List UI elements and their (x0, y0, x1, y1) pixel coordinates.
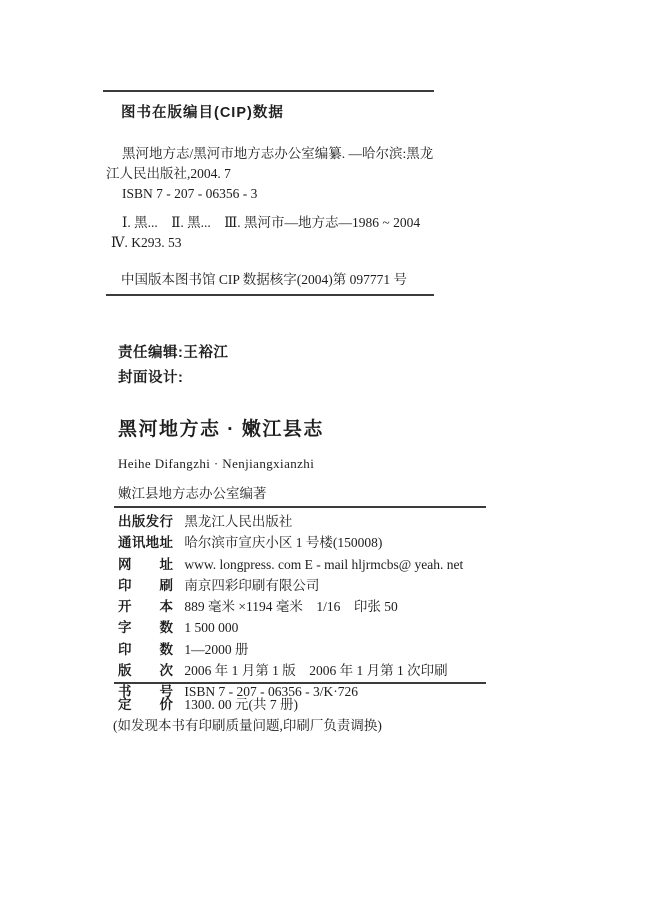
print-quality-note: (如发现本书有印刷质量问题,印刷厂负责调换) (113, 715, 382, 736)
publication-value: www. longpress. com E - mail hljrmcbs@ y… (184, 557, 463, 572)
table-row: 出版发行 黑龙江人民出版社 (118, 511, 463, 532)
publication-table: 出版发行 黑龙江人民出版社 通讯地址 哈尔滨市宣庆小区 1 号楼(150008)… (118, 511, 463, 703)
cover-design-line: 封面设计: (118, 366, 228, 391)
credits-block: 责任编辑:王裕江 封面设计: (118, 341, 228, 391)
table-row: 版次 2006 年 1 月第 1 版 2006 年 1 月第 1 次印刷 (118, 660, 463, 681)
cip-isbn-line: ISBN 7 - 207 - 06356 - 3 (106, 184, 456, 204)
price-block: 定价 1300. 00 元(共 7 册) (如发现本书有印刷质量问题,印刷厂负责… (118, 694, 382, 736)
publication-label: 印数 (118, 639, 173, 660)
publication-value: 哈尔滨市宣庆小区 1 号楼(150008) (184, 535, 382, 550)
responsible-editor-line: 责任编辑:王裕江 (118, 341, 228, 366)
cip-bottom-rule (106, 294, 434, 296)
publication-label: 通讯地址 (118, 532, 173, 553)
book-author: 嫩江县地方志办公室编著 (118, 482, 267, 502)
cip-record: 黑河地方志/黑河市地方志办公室编纂. —哈尔滨:黑龙 江人民出版社,2004. … (106, 144, 456, 204)
cip-record-line-1: 黑河地方志/黑河市地方志办公室编纂. —哈尔滨:黑龙 (106, 144, 456, 164)
publication-value: 1—2000 册 (184, 642, 248, 657)
price-label: 定价 (118, 694, 173, 715)
top-rule (103, 90, 434, 92)
table-row: 印数 1—2000 册 (118, 639, 463, 660)
publication-value: 黑龙江人民出版社 (184, 514, 292, 529)
publication-label: 字数 (118, 617, 173, 638)
price-row: 定价 1300. 00 元(共 7 册) (118, 694, 382, 715)
publication-top-rule (114, 506, 486, 508)
publication-value: 889 毫米 ×1194 毫米 1/16 印张 50 (184, 599, 397, 614)
book-title: 黑河地方志 · 嫩江县志 (118, 414, 324, 441)
book-title-pinyin: Heihe Difangzhi · Nenjiangxianzhi (118, 456, 314, 472)
table-row: 印刷 南京四彩印刷有限公司 (118, 575, 463, 596)
price-value: 1300. 00 元(共 7 册) (184, 697, 298, 712)
book-copyright-page: 图书在版编目(CIP)数据 黑河地方志/黑河市地方志办公室编纂. —哈尔滨:黑龙… (0, 0, 660, 897)
table-row: 开本 889 毫米 ×1194 毫米 1/16 印张 50 (118, 596, 463, 617)
price-top-rule (114, 682, 486, 684)
publication-label: 网址 (118, 554, 173, 575)
table-row: 字数 1 500 000 (118, 617, 463, 638)
cip-class-line-2: Ⅳ. K293. 53 (106, 233, 476, 253)
cip-class-line-1: Ⅰ. 黑... Ⅱ. 黑... Ⅲ. 黑河市—地方志—1986 ~ 2004 (106, 213, 476, 233)
cip-heading: 图书在版编目(CIP)数据 (121, 101, 284, 122)
table-row: 网址 www. longpress. com E - mail hljrmcbs… (118, 554, 463, 575)
publication-label: 开本 (118, 596, 173, 617)
table-row: 通讯地址 哈尔滨市宣庆小区 1 号楼(150008) (118, 532, 463, 553)
publication-value: 南京四彩印刷有限公司 (184, 578, 319, 593)
cip-classification: Ⅰ. 黑... Ⅱ. 黑... Ⅲ. 黑河市—地方志—1986 ~ 2004 Ⅳ… (106, 213, 476, 253)
publication-label: 印刷 (118, 575, 173, 596)
publication-label: 出版发行 (118, 511, 173, 532)
cip-record-line-2: 江人民出版社,2004. 7 (106, 164, 456, 184)
publication-label: 版次 (118, 660, 173, 681)
publication-value: 2006 年 1 月第 1 版 2006 年 1 月第 1 次印刷 (184, 663, 447, 678)
cip-registry-line: 中国版本图书馆 CIP 数据核字(2004)第 097771 号 (121, 268, 407, 288)
publication-value: 1 500 000 (184, 620, 238, 635)
